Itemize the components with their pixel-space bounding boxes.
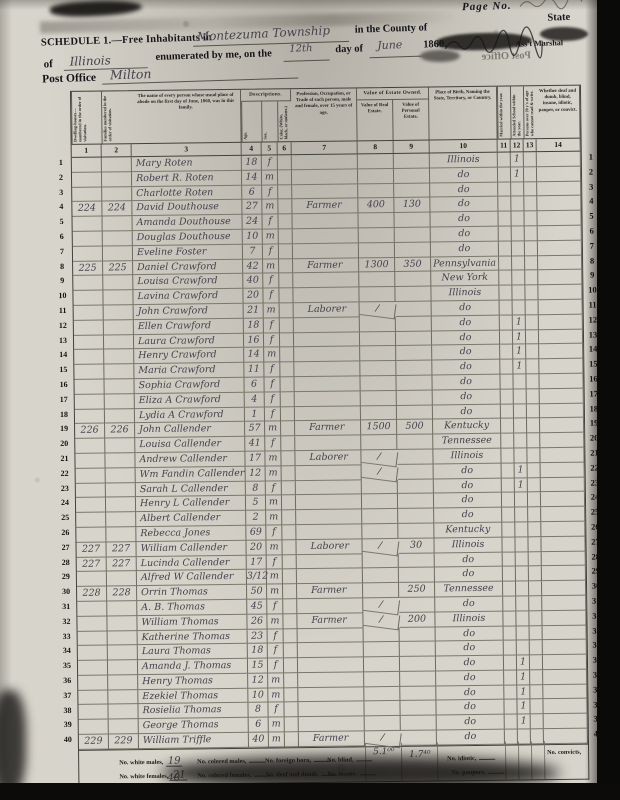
occupation-cell [292,154,358,170]
remarks-cell [539,314,583,329]
personal-estate-cell [397,405,433,420]
table-body: Mary Roten 18 f Illinois 1 Robert R. Rot… [72,152,588,750]
enumerated-label: enumerated by me, on the [155,48,272,63]
occupation-cell: Laborer [295,450,361,466]
personal-estate-cell [400,701,436,716]
married-cell [501,404,514,419]
sex-cell: f [266,525,282,540]
family-number-cell [103,231,133,246]
married-cell [499,227,512,242]
personal-estate-cell [400,657,436,672]
remarks-cell [540,418,584,433]
color-cell [279,288,293,303]
cantread-cell [529,552,542,567]
married-cell [504,685,517,700]
married-cell [501,419,514,434]
occupation-cell [297,554,363,570]
age-cell: 5 [246,496,266,511]
real-estate-cell [360,361,396,376]
color-cell [283,569,297,584]
personal-estate-cell [394,213,430,228]
family-number-cell [102,157,132,172]
color-cell [283,599,297,614]
sex-cell: m [266,540,282,555]
married-cell [502,463,515,478]
married-cell [500,330,513,345]
married-cell [504,626,517,641]
sheet-content: Page No. SCHEDULE 1.—Free Inhabitants in… [0,0,620,800]
dwelling-number-cell [74,335,104,350]
col-color-header: Color, (White, black, or mulatto.) [277,101,291,141]
school-cell [516,552,529,567]
color-cell [281,451,295,466]
family-number-cell: 226 [105,423,135,438]
real-estate-cell: 1500 [361,420,397,435]
col-realestate-header: Value of Real Estate. [357,100,393,140]
dwelling-number-cell [72,158,102,173]
personal-estate-cell [400,642,436,657]
age-cell: 18 [248,644,268,659]
married-cell [499,271,512,286]
occupation-cell: Farmer [292,199,358,215]
remarks-cell [542,610,586,625]
dwelling-number-cell [74,305,104,320]
family-number-cell [103,216,133,231]
remarks-cell [537,166,581,181]
family-number-cell [103,276,133,291]
personal-estate-cell [398,509,434,524]
cantread-cell [530,626,543,641]
school-cell: 1 [518,715,531,730]
sex-cell: m [266,466,282,481]
age-cell: 50 [247,585,267,600]
married-cell [502,522,515,537]
family-number-cell [107,601,137,616]
school-cell [512,271,525,286]
personal-estate-cell: 130 [394,198,430,213]
convicts-label: No. convicts, [547,749,581,756]
color-cell [278,170,292,185]
occupation-cell [298,657,364,673]
real-estate-cell [358,169,394,184]
sex-cell: m [264,303,280,318]
post-office-bleedthrough: Post Office [481,50,531,63]
personal-estate-cell [399,568,435,583]
family-number-cell [108,660,138,675]
dwelling-number-cell [76,527,106,542]
sex-cell: f [262,185,278,200]
sex-cell: f [268,658,284,673]
column-number: 2 [102,144,132,156]
age-cell: 14 [244,348,264,363]
age-cell: 10 [248,688,268,703]
left-margin-row-number: 5 [54,217,70,226]
remarks-cell [538,255,582,270]
school-cell: 1 [511,152,524,167]
name-cell: Lucinda Callender [137,555,247,571]
post-office-handwritten: Milton [110,66,152,82]
left-margin-row-number: 23 [57,483,73,492]
age-cell: 4 [245,392,265,407]
married-cell [500,300,513,315]
family-number-cell: 225 [103,261,133,276]
occupation-cell [293,273,359,289]
sex-cell: m [269,718,285,733]
occupation-cell [295,436,361,452]
cantread-cell [526,374,539,389]
dwelling-number-cell [74,365,104,380]
remarks-cell [540,448,584,463]
sex-cell: f [263,274,279,289]
age-cell: 21 [244,304,264,319]
occupation-cell [292,184,358,200]
remarks-cell [542,551,586,566]
cantread-cell [525,241,538,256]
personal-estate-cell [399,597,435,612]
color-cell [283,555,297,570]
age-cell: 17 [245,451,265,466]
name-cell: William Callender [136,541,246,557]
family-number-cell [103,290,133,305]
dwelling-number-cell [76,483,106,498]
occupation-cell [296,495,362,511]
married-cell [500,360,513,375]
cantread-cell [529,596,542,611]
left-margin-row-number: 6 [54,232,70,241]
remarks-cell [542,596,586,611]
birthplace-cell: Kentucky [433,419,501,435]
dwelling-number-cell [74,379,104,394]
occupation-cell [298,702,364,718]
family-number-cell [106,512,136,527]
occupation-cell: Farmer [295,421,361,437]
sex-cell: f [264,333,280,348]
school-cell: 1 [513,315,526,330]
sex-cell: f [266,481,282,496]
column-number: 11 [498,140,511,152]
birthplace-cell: Kentucky [434,523,502,539]
personal-estate-cell [398,464,434,479]
sex-cell: m [262,170,278,185]
sex-cell: m [262,200,278,215]
personal-estate-cell [394,154,430,169]
schedule-title: SCHEDULE 1.—Free Inhabitants in [41,32,212,48]
left-margin-row-number: 30 [58,587,74,596]
age-cell: 1 [245,407,265,422]
scan-edge-shadow [0,690,26,795]
left-margin-row-number: 32 [58,617,74,626]
name-cell: John Callender [135,422,245,438]
color-cell [282,540,296,555]
birthplace-cell: do [434,478,502,494]
cantread-cell [525,285,538,300]
name-cell: Robert R. Roten [132,171,242,187]
school-cell [514,448,527,463]
name-cell: Mary Roten [132,156,242,172]
name-cell: Sophia Crawford [134,378,244,394]
dwelling-number-cell [78,661,108,676]
column-number: 7 [292,141,358,154]
school-cell: 1 [513,360,526,375]
dwelling-number-cell [78,631,108,646]
birthplace-cell: Tennessee [433,434,501,450]
personal-estate-cell [397,435,433,450]
occupation-cell [298,687,364,703]
family-number-cell: 228 [107,586,137,601]
married-cell [503,582,516,597]
column-number: 3 [132,143,242,156]
cantread-cell [527,404,540,419]
birthplace-cell: do [432,345,500,361]
married-cell [498,182,511,197]
married-cell [503,596,516,611]
color-cell [280,333,294,348]
dwelling-number-cell [78,690,108,705]
married-cell [504,641,517,656]
remarks-cell [540,388,584,403]
descriptions-header: Descriptions. [241,89,291,102]
name-cell: Louisa Crawford [133,274,243,290]
cantread-cell [530,655,543,670]
remarks-cell [537,181,581,196]
personal-estate-cell [396,301,432,316]
name-cell: Daniel Crawford [133,259,243,275]
married-cell [502,537,515,552]
post-office-label: Post Office [42,72,96,86]
color-cell [280,303,294,318]
color-cell [282,525,296,540]
sex-cell: f [267,555,283,570]
left-margin-row-number: 1 [53,158,69,167]
left-margin-row-number: 4 [53,202,69,211]
school-cell [515,522,528,537]
name-cell: Ellen Crawford [134,319,244,335]
sex-cell: m [263,259,279,274]
personal-estate-cell [395,242,431,257]
name-cell: A. B. Thomas [137,600,247,616]
col-family-header: Families numbered in the order of visita… [101,91,132,143]
married-cell [500,345,513,360]
left-margin-row-number: 10 [54,291,70,300]
real-estate-cell [358,184,394,199]
married-cell [498,167,511,182]
dwelling-number-cell: 224 [72,202,102,217]
occupation-cell [296,465,362,481]
day-underline [284,59,330,61]
personal-estate-cell [394,168,430,183]
col-remarks-header: Whether deaf and dumb, blind, insane, id… [536,86,581,139]
cantread-cell [530,685,543,700]
remarks-cell [542,581,586,596]
color-cell [279,244,293,259]
cantread-cell [530,670,543,685]
column-number: 4 [242,143,262,155]
color-cell [283,584,297,599]
name-cell: Louisa Callender [135,437,245,453]
dwelling-number-cell [75,439,105,454]
sex-cell: m [266,510,282,525]
personal-estate-cell [395,227,431,242]
dwelling-number-cell [73,217,103,232]
name-cell: Orrin Thomas [137,585,247,601]
left-margin-row-number: 3 [53,188,69,197]
sex-cell: f [262,155,278,170]
cantread-cell [530,640,543,655]
col-dwelling-header: Dwelling-houses— numbered in the order o… [71,92,102,144]
cantread-cell [525,271,538,286]
left-margin-row-number: 11 [55,306,71,315]
real-estate-cell [362,494,398,509]
name-cell: Ezekiel Thomas [138,688,248,704]
personal-estate-cell [396,361,432,376]
family-number-cell [105,453,135,468]
dwelling-number-cell [77,616,107,631]
real-estate-cell [364,672,400,687]
column-number: 9 [394,141,430,153]
birthplace-cell: Illinois [435,611,503,627]
cantread-cell [528,507,541,522]
name-cell: Henry L Callender [136,496,246,512]
remarks-cell [544,714,588,729]
name-cell: George Thomas [139,718,249,734]
married-cell [502,493,515,508]
school-cell: 1 [515,463,528,478]
occupation-cell [294,332,360,348]
name-cell: Maria Crawford [134,363,244,379]
age-cell: 11 [244,363,264,378]
married-cell [500,374,513,389]
personal-estate-cell [395,287,431,302]
color-cell [284,629,298,644]
occupation-cell [292,169,358,185]
sex-cell: m [265,422,281,437]
remarks-cell [538,226,582,241]
left-margin-row-number: 31 [58,602,74,611]
family-number-cell [104,379,134,394]
state-handwritten: Illinois [69,53,111,68]
occupation-cell: Farmer [293,258,359,274]
column-number: 1 [72,145,102,157]
sex-cell: f [265,407,281,422]
cantread-cell [524,152,537,167]
real-estate-cell [360,376,396,391]
sex-cell: m [265,451,281,466]
color-cell [281,422,295,437]
real-estate-cell [362,509,398,524]
name-cell: Amanda Douthouse [132,215,242,231]
birthplace-cell: do [433,404,501,420]
family-number-cell: 224 [102,202,132,217]
cantread-cell [524,182,537,197]
birthplace-cell: Pennsylvania [431,256,499,272]
left-margin-row-number: 28 [58,557,74,566]
left-margin-row-number: 36 [59,676,75,685]
sex-cell: f [263,244,279,259]
age-cell: 16 [244,333,264,348]
remarks-cell [541,477,585,492]
real-estate-cell [361,405,397,420]
cantread-cell [527,389,540,404]
remarks-cell [539,359,583,374]
sex-cell: m [266,496,282,511]
occupation-cell [298,643,364,659]
left-margin-row-number: 21 [56,454,72,463]
cantread-cell [528,522,541,537]
cantread-cell [526,315,539,330]
census-table: Dwelling-houses— numbered in the order o… [70,85,589,751]
birthplace-cell: do [430,167,498,183]
cantread-cell [527,448,540,463]
occupation-cell [297,569,363,585]
remarks-cell [543,699,587,714]
married-cell [505,715,518,730]
birthplace-cell: do [434,508,502,524]
dwelling-number-cell [78,705,108,720]
birthplace-cell: do [430,197,498,213]
name-cell: Henry Crawford [134,348,244,364]
dwelling-number-cell: 226 [75,424,105,439]
dwelling-number-cell [73,276,103,291]
family-number-cell [104,350,134,365]
sex-cell: f [264,377,280,392]
age-cell: 40 [243,274,263,289]
real-estate-cell [364,701,400,716]
married-cell [499,256,512,271]
name-cell: Douglas Douthouse [133,230,243,246]
census-scan: Page No. SCHEDULE 1.—Free Inhabitants in… [0,0,620,800]
cantread-cell [529,566,542,581]
birthplace-cell: do [435,597,503,613]
month-underline [370,56,422,59]
color-cell [284,643,298,658]
page-number-label: Page No. [462,0,512,13]
married-cell [498,153,511,168]
married-cell [502,478,515,493]
real-estate-cell [360,332,396,347]
dwelling-number-cell [77,572,107,587]
family-number-cell [104,305,134,320]
personal-estate-cell [400,686,436,701]
real-estate-cell [363,568,399,583]
day-handwritten: 12th [289,43,313,55]
remarks-cell [539,329,583,344]
column-number: 6 [278,142,292,154]
school-cell [512,256,525,271]
state-word: State [547,12,570,24]
occupation-cell [292,214,358,230]
color-cell [282,496,296,511]
cantread-cell [528,537,541,552]
sex-cell: f [264,363,280,378]
birthplace-cell: do [436,641,504,657]
real-estate-cell [358,154,394,169]
name-cell: Henry Thomas [138,674,248,690]
left-margin-row-number: 27 [57,543,73,552]
color-cell [280,362,294,377]
age-cell: 26 [247,614,267,629]
school-cell: 1 [513,330,526,345]
school-cell [515,507,528,522]
name-cell: Rosielia Thomas [138,703,248,719]
occupation-cell [297,598,363,614]
age-cell: 24 [242,215,262,230]
left-margin-row-number: 24 [57,498,73,507]
personal-estate-cell: 500 [397,420,433,435]
remarks-cell [543,625,587,640]
color-cell [279,274,293,289]
sex-cell: f [264,318,280,333]
family-number-cell [106,527,136,542]
